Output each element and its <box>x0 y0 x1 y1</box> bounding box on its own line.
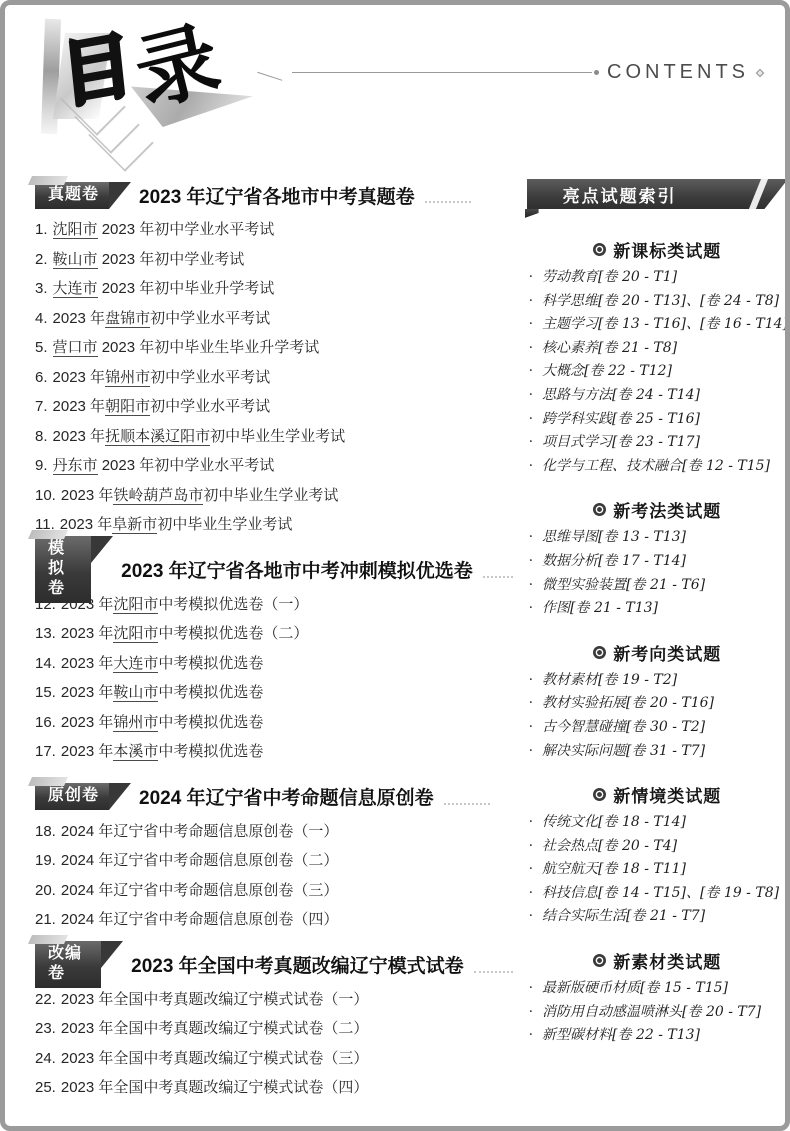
index-item-text: 劳动教育[卷 20 - T1] <box>542 269 677 285</box>
index-item: ·消防用自动感温喷淋头[卷 20 - T7] <box>527 1001 788 1025</box>
toc-item-text: 中考模拟优选卷 <box>158 655 263 672</box>
dot-bullet-icon: · <box>529 597 533 621</box>
index-item: ·教材素材[卷 19 - T2] <box>527 669 788 693</box>
highlight-category: 新素材类试题·最新版硬币材质[卷 15 - T15]·消防用自动感温喷淋头[卷 … <box>527 948 788 1048</box>
section-header: 改编卷2023 年全国中考真题改编辽宁模式试卷 <box>35 949 513 981</box>
index-item: ·社会热点[卷 20 - T4] <box>527 835 788 859</box>
toc-item: 22.2023 年全国中考真题改编辽宁模式试卷（一） <box>35 985 513 1015</box>
toc-item-number: 21. <box>35 911 56 928</box>
target-bullet-icon <box>593 788 606 801</box>
toc-item-city-underlined: 朝阳市 <box>105 398 150 416</box>
category-header: 新情境类试题 <box>527 782 788 807</box>
diamond-icon <box>756 68 764 76</box>
index-item-text: 最新版硬币材质[卷 15 - T15] <box>542 980 728 996</box>
toc-item-text: 中考模拟优选卷（二） <box>158 625 308 642</box>
toc-item: 19.2024 年辽宁省中考命题信息原创卷（二） <box>35 846 513 876</box>
highlight-index-title: 亮点试题索引 <box>563 182 677 207</box>
toc-item-number: 24. <box>35 1050 56 1067</box>
toc-item-text: 初中毕业生学业考试 <box>157 516 292 533</box>
toc-item-text: 初中学业水平考试 <box>150 310 270 327</box>
toc-item-text: 初中学业水平考试 <box>150 369 270 386</box>
highlight-category: 新考向类试题·教材素材[卷 19 - T2]·教材实验拓展[卷 20 - T16… <box>527 640 788 763</box>
toc-item-city-underlined: 营口市 <box>53 339 98 357</box>
dot-bullet-icon: · <box>529 905 533 929</box>
section-title: 2023 年全国中考真题改编辽宁模式试卷 <box>131 951 464 978</box>
highlight-index-banner: 亮点试题索引 <box>527 179 788 209</box>
index-item: ·传统文化[卷 18 - T14] <box>527 811 788 835</box>
toc-item: 25.2023 年全国中考真题改编辽宁模式试卷（四） <box>35 1073 513 1103</box>
toc-item-city-underlined: 抚顺本溪辽阳市 <box>105 428 210 446</box>
toc-item-text: 2023 年 <box>61 714 114 731</box>
target-bullet-icon <box>593 954 606 967</box>
page-header: 目 录 CONTENTS <box>5 5 785 173</box>
toc-item-text: 2023 年 <box>61 684 114 701</box>
toc-item-city-underlined: 沈阳市 <box>113 625 158 643</box>
toc-item-text: 2023 年初中学业考试 <box>98 251 245 268</box>
category-header: 新课标类试题 <box>527 237 788 262</box>
toc-item-city-underlined: 鞍山市 <box>113 684 158 702</box>
toc-item-text: 2024 年辽宁省中考命题信息原创卷（一） <box>61 823 339 840</box>
index-item-text: 新型碳材料[卷 22 - T13] <box>542 1027 700 1043</box>
toc-item-text: 2023 年 <box>53 310 106 327</box>
index-item: ·思路与方法[卷 24 - T14] <box>527 384 788 408</box>
dot-bullet-icon: · <box>529 550 533 574</box>
toc-item-text: 中考模拟优选卷 <box>158 714 263 731</box>
toc-item: 8.2023 年抚顺本溪辽阳市初中毕业生学业考试 <box>35 422 513 452</box>
category-title: 新考向类试题 <box>613 640 721 665</box>
toc-item-city-underlined: 铁岭葫芦岛市 <box>113 487 203 505</box>
toc-item-text: 初中毕业生学业考试 <box>210 428 345 445</box>
dot-bullet-icon: · <box>529 266 533 290</box>
contents-heading: CONTENTS <box>258 61 763 84</box>
toc-item: 20.2024 年辽宁省中考命题信息原创卷（三） <box>35 876 513 906</box>
toc-item: 4.2023 年盘锦市初中学业水平考试 <box>35 304 513 334</box>
toc-item-city-underlined: 本溪市 <box>113 743 158 761</box>
category-header: 新考向类试题 <box>527 640 788 665</box>
toc-item-text: 2023 年初中毕业升学考试 <box>98 280 275 297</box>
index-item-text: 数据分析[卷 17 - T14] <box>542 553 686 569</box>
index-item: ·教材实验拓展[卷 20 - T16] <box>527 692 788 716</box>
toc-item-number: 15. <box>35 684 56 701</box>
dot-bullet-icon: · <box>529 692 533 716</box>
toc-item: 7.2023 年朝阳市初中学业水平考试 <box>35 392 513 422</box>
toc-item-text: 2023 年全国中考真题改编辽宁模式试卷（三） <box>61 1050 369 1067</box>
dot-bullet-icon: · <box>529 313 533 337</box>
toc-item-city-underlined: 锦州市 <box>105 369 150 387</box>
toc-item-number: 13. <box>35 625 56 642</box>
index-item: ·跨学科实践[卷 25 - T16] <box>527 408 788 432</box>
toc-item-number: 10. <box>35 487 56 504</box>
toc-item-number: 18. <box>35 823 56 840</box>
target-bullet-icon <box>593 646 606 659</box>
index-item-text: 主题学习[卷 13 - T16]、[卷 16 - T14] <box>542 316 788 332</box>
section-badge: 改编卷 <box>35 941 101 988</box>
dot-bullet-icon: · <box>529 835 533 859</box>
section-header: 原创卷2024 年辽宁省中考命题信息原创卷 <box>35 781 513 813</box>
section-title: 2023 年辽宁省各地市中考真题卷 <box>139 182 415 209</box>
index-item: ·思维导图[卷 13 - T13] <box>527 526 788 550</box>
toc-item-text: 2023 年全国中考真题改编辽宁模式试卷（一） <box>61 991 369 1008</box>
toc-item-number: 6. <box>35 369 48 386</box>
dot-bullet-icon: · <box>529 669 533 693</box>
toc-item: 10.2023 年铁岭葫芦岛市初中毕业生学业考试 <box>35 481 513 511</box>
target-bullet-icon <box>593 503 606 516</box>
index-item: ·数据分析[卷 17 - T14] <box>527 550 788 574</box>
dot-bullet-icon: · <box>529 740 533 764</box>
index-item-text: 传统文化[卷 18 - T14] <box>542 814 686 830</box>
dot-bullet-icon: · <box>529 858 533 882</box>
index-item: ·最新版硬币材质[卷 15 - T15] <box>527 977 788 1001</box>
section-header: 真题卷2023 年辽宁省各地市中考真题卷 <box>35 179 513 211</box>
dot-bullet-icon: · <box>529 574 533 598</box>
highlight-category: 新课标类试题·劳动教育[卷 20 - T1]·科学思维[卷 20 - T13]、… <box>527 237 788 478</box>
highlight-category: 新考法类试题·思维导图[卷 13 - T13]·数据分析[卷 17 - T14]… <box>527 497 788 620</box>
toc-item-text: 2023 年 <box>61 743 114 760</box>
index-item: ·科技信息[卷 14 - T15]、[卷 19 - T8] <box>527 882 788 906</box>
toc-item-number: 19. <box>35 852 56 869</box>
section-badge: 原创卷 <box>35 783 109 810</box>
toc-item-city-underlined: 大连市 <box>53 280 98 298</box>
toc-item-number: 5. <box>35 339 48 356</box>
section-badge: 真题卷 <box>35 182 109 209</box>
category-header: 新素材类试题 <box>527 948 788 973</box>
toc-item-text: 2023 年 <box>61 655 114 672</box>
index-item-text: 微型实验装置[卷 21 - T6] <box>542 577 705 593</box>
toc-item: 15.2023 年鞍山市中考模拟优选卷 <box>35 678 513 708</box>
toc-item-city-underlined: 锦州市 <box>113 714 158 732</box>
toc-item-city-underlined: 盘锦市 <box>105 310 150 328</box>
toc-item: 3.大连市 2023 年初中毕业升学考试 <box>35 274 513 304</box>
toc-item-text: 初中学业水平考试 <box>150 398 270 415</box>
toc-item-text: 中考模拟优选卷 <box>158 743 263 760</box>
toc-item: 2.鞍山市 2023 年初中学业考试 <box>35 245 513 275</box>
category-title: 新素材类试题 <box>613 948 721 973</box>
toc-item-city-underlined: 鞍山市 <box>53 251 98 269</box>
index-item: ·结合实际生活[卷 21 - T7] <box>527 905 788 929</box>
toc-item-number: 22. <box>35 991 56 1008</box>
dot-bullet-icon: · <box>529 360 533 384</box>
toc-item: 1.沈阳市 2023 年初中学业水平考试 <box>35 215 513 245</box>
index-item-text: 项目式学习[卷 23 - T17] <box>542 434 700 450</box>
dot-bullet-icon: · <box>529 455 533 479</box>
dot-bullet-icon: · <box>529 384 533 408</box>
index-item: ·微型实验装置[卷 21 - T6] <box>527 574 788 598</box>
toc-item-text: 2023 年 <box>53 428 106 445</box>
toc-item-number: 14. <box>35 655 56 672</box>
toc-item: 13.2023 年沈阳市中考模拟优选卷（二） <box>35 619 513 649</box>
index-item-text: 教材实验拓展[卷 20 - T16] <box>542 695 714 711</box>
dotted-leader <box>483 576 513 578</box>
toc-item-text: 2023 年 <box>53 398 106 415</box>
toc-item-text: 2023 年 <box>61 625 114 642</box>
index-item: ·主题学习[卷 13 - T16]、[卷 16 - T14] <box>527 313 788 337</box>
contents-label: CONTENTS <box>607 61 749 84</box>
index-item: ·大概念[卷 22 - T12] <box>527 360 788 384</box>
dot-bullet-icon: · <box>529 1024 533 1048</box>
logo-char-mu: 目 <box>58 29 137 113</box>
toc-item-text: 2024 年辽宁省中考命题信息原创卷（三） <box>61 882 339 899</box>
index-item-text: 社会热点[卷 20 - T4] <box>542 838 677 854</box>
dotted-leader <box>444 803 490 805</box>
index-item-text: 化学与工程、技术融合[卷 12 - T15] <box>542 458 770 474</box>
section-header: 模拟卷2023 年辽宁省各地市中考冲刺模拟优选卷 <box>35 554 513 586</box>
dot-bullet-icon: · <box>529 526 533 550</box>
index-item-text: 跨学科实践[卷 25 - T16] <box>542 411 700 427</box>
toc-item-city-underlined: 沈阳市 <box>113 596 158 614</box>
toc-item-city-underlined: 阜新市 <box>112 516 157 534</box>
highlight-category: 新情境类试题·传统文化[卷 18 - T14]·社会热点[卷 20 - T4]·… <box>527 782 788 929</box>
content-columns: 真题卷2023 年辽宁省各地市中考真题卷1.沈阳市 2023 年初中学业水平考试… <box>5 173 785 1103</box>
toc-item-text: 2024 年辽宁省中考命题信息原创卷（四） <box>61 911 339 928</box>
index-item-text: 科技信息[卷 14 - T15]、[卷 19 - T8] <box>542 885 779 901</box>
toc-item-text: 2023 年初中学业水平考试 <box>98 221 275 238</box>
toc-item-text: 2024 年辽宁省中考命题信息原创卷（二） <box>61 852 339 869</box>
dot-bullet-icon: · <box>529 716 533 740</box>
index-item: ·核心素养[卷 21 - T8] <box>527 337 788 361</box>
logo-char-lu: 录 <box>128 18 227 117</box>
toc-item-text: 2023 年初中毕业生毕业升学考试 <box>98 339 320 356</box>
index-item-text: 教材素材[卷 19 - T2] <box>542 672 677 688</box>
index-item-text: 大概念[卷 22 - T12] <box>542 363 672 379</box>
toc-item: 9.丹东市 2023 年初中学业水平考试 <box>35 451 513 481</box>
toc-item-text: 2023 年 <box>53 369 106 386</box>
toc-item: 14.2023 年大连市中考模拟优选卷 <box>35 649 513 679</box>
toc-logo: 目 录 <box>19 13 299 163</box>
index-item-text: 科学思维[卷 20 - T13]、[卷 24 - T8] <box>542 293 779 309</box>
toc-item-number: 7. <box>35 398 48 415</box>
index-item: ·新型碳材料[卷 22 - T13] <box>527 1024 788 1048</box>
toc-item-text: 初中毕业生学业考试 <box>203 487 338 504</box>
target-bullet-icon <box>593 243 606 256</box>
index-item-text: 思维导图[卷 13 - T13] <box>542 529 686 545</box>
toc-item: 16.2023 年锦州市中考模拟优选卷 <box>35 708 513 738</box>
toc-item: 5.营口市 2023 年初中毕业生毕业升学考试 <box>35 333 513 363</box>
toc-item-number: 17. <box>35 743 56 760</box>
toc-item: 6.2023 年锦州市初中学业水平考试 <box>35 363 513 393</box>
category-title: 新课标类试题 <box>613 237 721 262</box>
dot-bullet-icon: · <box>529 977 533 1001</box>
toc-item-number: 2. <box>35 251 48 268</box>
index-item-text: 古今智慧碰撞[卷 30 - T2] <box>542 719 705 735</box>
toc-item-city-underlined: 沈阳市 <box>53 221 98 239</box>
toc-item-city-underlined: 大连市 <box>113 655 158 673</box>
toc-item: 17.2023 年本溪市中考模拟优选卷 <box>35 737 513 767</box>
toc-item-number: 3. <box>35 280 48 297</box>
toc-item-text: 2023 年全国中考真题改编辽宁模式试卷（四） <box>61 1079 369 1096</box>
toc-item-text: 中考模拟优选卷（一） <box>158 596 308 613</box>
toc-item-text: 2023 年 <box>61 487 114 504</box>
index-item: ·劳动教育[卷 20 - T1] <box>527 266 788 290</box>
toc-item-text: 中考模拟优选卷 <box>158 684 263 701</box>
toc-item-city-underlined: 丹东市 <box>53 457 98 475</box>
dot-bullet-icon: · <box>529 882 533 906</box>
index-item: ·解决实际问题[卷 31 - T7] <box>527 740 788 764</box>
index-item-text: 思路与方法[卷 24 - T14] <box>542 387 700 403</box>
dot-bullet-icon: · <box>529 431 533 455</box>
index-item: ·项目式学习[卷 23 - T17] <box>527 431 788 455</box>
index-item: ·科学思维[卷 20 - T13]、[卷 24 - T8] <box>527 290 788 314</box>
highlight-index-panel: 亮点试题索引 新课标类试题·劳动教育[卷 20 - T1]·科学思维[卷 20 … <box>513 179 788 1103</box>
index-item-text: 核心素养[卷 21 - T8] <box>542 340 677 356</box>
page-frame: 目 录 CONTENTS 真题卷2023 年辽宁省各地市中考真题卷1.沈阳市 2… <box>0 0 790 1131</box>
index-item: ·作图[卷 21 - T13] <box>527 597 788 621</box>
dot-bullet-icon: · <box>529 337 533 361</box>
dot-bullet-icon: · <box>529 408 533 432</box>
highlight-category-list: 新课标类试题·劳动教育[卷 20 - T1]·科学思维[卷 20 - T13]、… <box>527 237 788 1048</box>
toc-item-number: 8. <box>35 428 48 445</box>
category-title: 新考法类试题 <box>613 497 721 522</box>
dotted-leader <box>425 201 471 203</box>
index-item: ·古今智慧碰撞[卷 30 - T2] <box>527 716 788 740</box>
rule-end-dot <box>594 70 599 75</box>
dot-bullet-icon: · <box>529 1001 533 1025</box>
toc-item: 24.2023 年全国中考真题改编辽宁模式试卷（三） <box>35 1044 513 1074</box>
section-badge: 模拟卷 <box>35 536 91 603</box>
dot-bullet-icon: · <box>529 811 533 835</box>
index-item: ·航空航天[卷 18 - T11] <box>527 858 788 882</box>
section-title: 2023 年辽宁省各地市中考冲刺模拟优选卷 <box>121 556 473 583</box>
toc-item-number: 16. <box>35 714 56 731</box>
category-title: 新情境类试题 <box>613 782 721 807</box>
toc-item-number: 9. <box>35 457 48 474</box>
banner-fold-decoration <box>525 209 539 218</box>
category-header: 新考法类试题 <box>527 497 788 522</box>
index-item-text: 结合实际生活[卷 21 - T7] <box>542 908 705 924</box>
toc-item: 12.2023 年沈阳市中考模拟优选卷（一） <box>35 590 513 620</box>
dotted-leader <box>474 971 513 973</box>
toc-item-number: 23. <box>35 1020 56 1037</box>
toc-item-text: 2023 年全国中考真题改编辽宁模式试卷（二） <box>61 1020 369 1037</box>
index-item-text: 航空航天[卷 18 - T11] <box>542 861 686 877</box>
toc-item: 23.2023 年全国中考真题改编辽宁模式试卷（二） <box>35 1014 513 1044</box>
toc-item-number: 1. <box>35 221 48 238</box>
toc-item-number: 25. <box>35 1079 56 1096</box>
contents-rule-slant <box>257 72 282 81</box>
index-item: ·化学与工程、技术融合[卷 12 - T15] <box>527 455 788 479</box>
toc-item: 21.2024 年辽宁省中考命题信息原创卷（四） <box>35 905 513 935</box>
index-item-text: 解决实际问题[卷 31 - T7] <box>542 743 705 759</box>
index-item-text: 消防用自动感温喷淋头[卷 20 - T7] <box>542 1004 761 1020</box>
toc-list: 真题卷2023 年辽宁省各地市中考真题卷1.沈阳市 2023 年初中学业水平考试… <box>35 179 513 1103</box>
contents-rule <box>292 72 592 73</box>
toc-item-number: 4. <box>35 310 48 327</box>
toc-item-number: 20. <box>35 882 56 899</box>
toc-item-text: 2023 年初中学业水平考试 <box>98 457 275 474</box>
section-title: 2024 年辽宁省中考命题信息原创卷 <box>139 783 434 810</box>
dot-bullet-icon: · <box>529 290 533 314</box>
index-item-text: 作图[卷 21 - T13] <box>542 600 658 616</box>
toc-item: 18.2024 年辽宁省中考命题信息原创卷（一） <box>35 817 513 847</box>
